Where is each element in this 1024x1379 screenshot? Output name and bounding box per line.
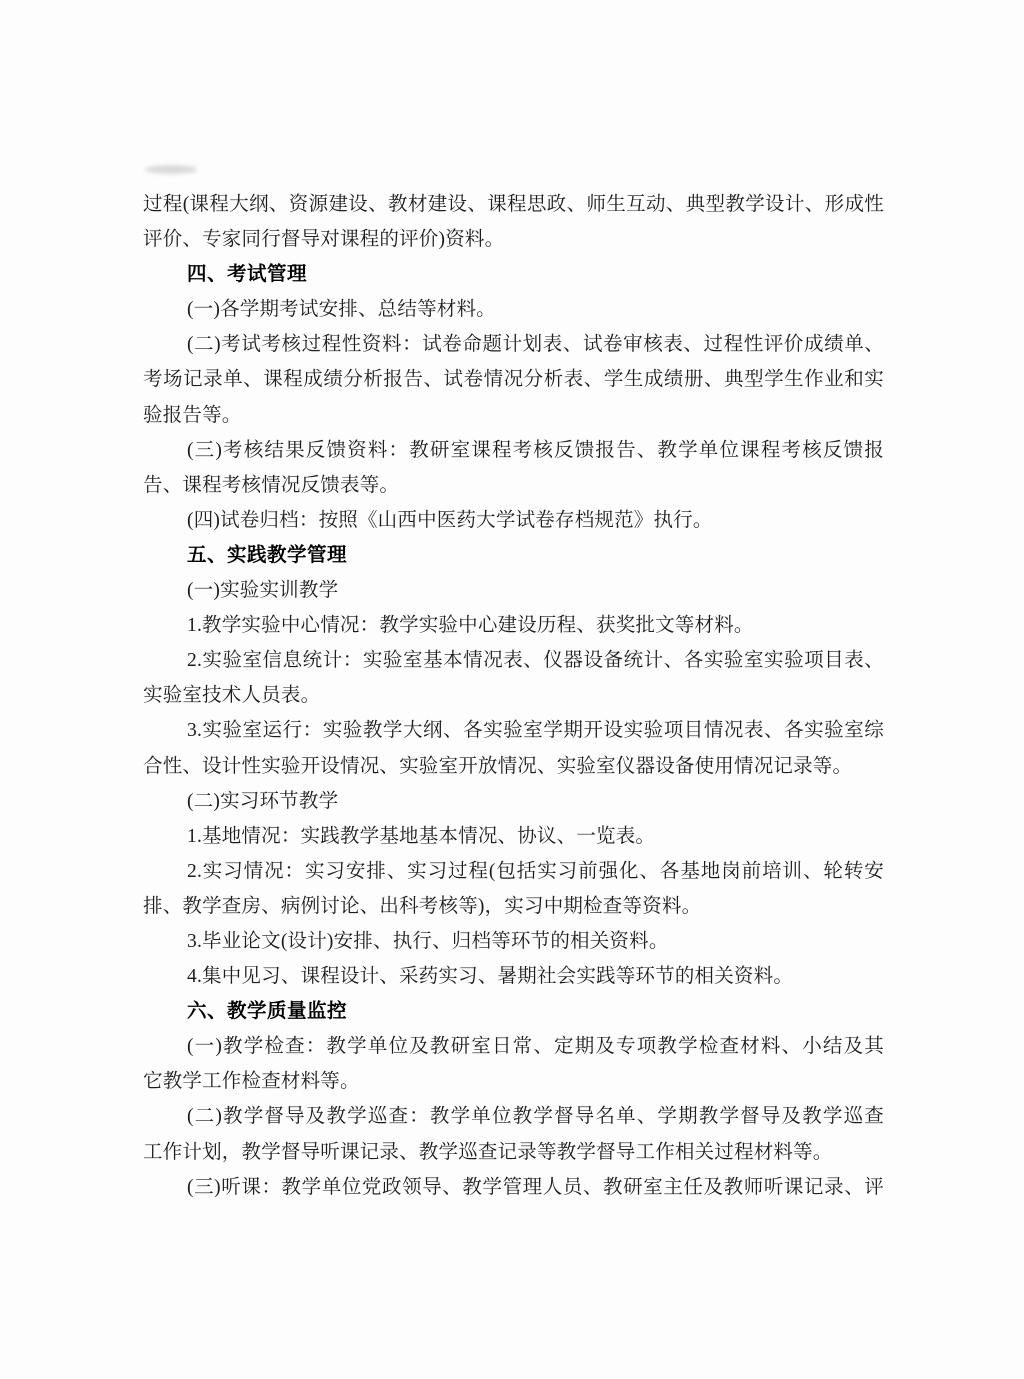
body-paragraph: 过程(课程大纲、资源建设、教材建设、课程思政、师生互动、典型教学设计、形成性评价… — [143, 187, 884, 257]
text-line: (一)实验实训教学 — [143, 573, 884, 608]
body-paragraph: 1.基地情况：实践教学基地基本情况、协议、一览表。 — [143, 819, 884, 854]
text-line: 3.实验室运行：实验教学大纲、各实验室学期开设实验项目情况表、各实验室综 — [143, 713, 884, 748]
section-heading: 四、考试管理 — [143, 257, 884, 292]
scan-smudge-artifact — [145, 165, 197, 174]
text-line: 工作计划，教学督导听课记录、教学巡查记录等教学督导工作相关过程材料等。 — [143, 1135, 884, 1170]
text-line: (四)试卷归档：按照《山西中医药大学试卷存档规范》执行。 — [143, 503, 884, 538]
text-line: 合性、设计性实验开设情况、实验室开放情况、实验室仪器设备使用情况记录等。 — [143, 749, 884, 784]
body-paragraph: (三)听课：教学单位党政领导、教学管理人员、教研室主任及教师听课记录、评 — [143, 1170, 884, 1205]
body-paragraph: (三)考核结果反馈资料：教研室课程考核反馈报告、教学单位课程考核反馈报告、课程考… — [143, 433, 884, 503]
section-heading: 六、教学质量监控 — [143, 994, 884, 1029]
text-line: (二)教学督导及教学巡查：教学单位教学督导名单、学期教学督导及教学巡查 — [143, 1099, 884, 1134]
document-text-block: 过程(课程大纲、资源建设、教材建设、课程思政、师生互动、典型教学设计、形成性评价… — [143, 187, 884, 1205]
body-paragraph: (一)教学检查：教学单位及教研室日常、定期及专项教学检查材料、小结及其它教学工作… — [143, 1029, 884, 1099]
body-paragraph: (二)考试考核过程性资料：试卷命题计划表、试卷审核表、过程性评价成绩单、考场记录… — [143, 327, 884, 432]
section-heading-paragraph: 六、教学质量监控 — [143, 994, 884, 1029]
text-line: 3.毕业论文(设计)安排、执行、归档等环节的相关资料。 — [143, 924, 884, 959]
text-line: (三)考核结果反馈资料：教研室课程考核反馈报告、教学单位课程考核反馈报 — [143, 433, 884, 468]
body-paragraph: (二)实习环节教学 — [143, 784, 884, 819]
body-paragraph: 2.实习情况：实习安排、实习过程(包括实习前强化、各基地岗前培训、轮转安排、教学… — [143, 854, 884, 924]
text-line: 告、课程考核情况反馈表等。 — [143, 468, 884, 503]
text-line: (二)考试考核过程性资料：试卷命题计划表、试卷审核表、过程性评价成绩单、 — [143, 327, 884, 362]
scanned-document-page: { "page": { "background_color": "#fdfdfd… — [0, 0, 1024, 1379]
body-paragraph: 1.教学实验中心情况：教学实验中心建设历程、获奖批文等材料。 — [143, 608, 884, 643]
text-line: 考场记录单、课程成绩分析报告、试卷情况分析表、学生成绩册、典型学生作业和实 — [143, 362, 884, 397]
text-line: 验报告等。 — [143, 398, 884, 433]
text-line: 过程(课程大纲、资源建设、教材建设、课程思政、师生互动、典型教学设计、形成性 — [143, 187, 884, 222]
body-paragraph: 4.集中见习、课程设计、采药实习、暑期社会实践等环节的相关资料。 — [143, 959, 884, 994]
text-line: 1.基地情况：实践教学基地基本情况、协议、一览表。 — [143, 819, 884, 854]
text-line: 排、教学查房、病例讨论、出科考核等)，实习中期检查等资料。 — [143, 889, 884, 924]
body-paragraph: (四)试卷归档：按照《山西中医药大学试卷存档规范》执行。 — [143, 503, 884, 538]
body-paragraph: 3.实验室运行：实验教学大纲、各实验室学期开设实验项目情况表、各实验室综合性、设… — [143, 713, 884, 783]
section-heading-paragraph: 四、考试管理 — [143, 257, 884, 292]
text-line: 1.教学实验中心情况：教学实验中心建设历程、获奖批文等材料。 — [143, 608, 884, 643]
body-paragraph: (一)实验实训教学 — [143, 573, 884, 608]
document-page: 过程(课程大纲、资源建设、教材建设、课程思政、师生互动、典型教学设计、形成性评价… — [0, 0, 1024, 1379]
text-line: (二)实习环节教学 — [143, 784, 884, 819]
text-line: (一)各学期考试安排、总结等材料。 — [143, 292, 884, 327]
body-paragraph: (二)教学督导及教学巡查：教学单位教学督导名单、学期教学督导及教学巡查工作计划，… — [143, 1099, 884, 1169]
body-paragraph: 3.毕业论文(设计)安排、执行、归档等环节的相关资料。 — [143, 924, 884, 959]
body-paragraph: (一)各学期考试安排、总结等材料。 — [143, 292, 884, 327]
section-heading-paragraph: 五、实践教学管理 — [143, 538, 884, 573]
text-line: 2.实验室信息统计：实验室基本情况表、仪器设备统计、各实验室实验项目表、 — [143, 643, 884, 678]
text-line: 4.集中见习、课程设计、采药实习、暑期社会实践等环节的相关资料。 — [143, 959, 884, 994]
text-line: (三)听课：教学单位党政领导、教学管理人员、教研室主任及教师听课记录、评 — [143, 1170, 884, 1205]
text-line: (一)教学检查：教学单位及教研室日常、定期及专项教学检查材料、小结及其 — [143, 1029, 884, 1064]
text-line: 评价、专家同行督导对课程的评价)资料。 — [143, 222, 884, 257]
text-line: 它教学工作检查材料等。 — [143, 1064, 884, 1099]
section-heading: 五、实践教学管理 — [143, 538, 884, 573]
body-paragraph: 2.实验室信息统计：实验室基本情况表、仪器设备统计、各实验室实验项目表、实验室技… — [143, 643, 884, 713]
text-line: 2.实习情况：实习安排、实习过程(包括实习前强化、各基地岗前培训、轮转安 — [143, 854, 884, 889]
text-line: 实验室技术人员表。 — [143, 678, 884, 713]
